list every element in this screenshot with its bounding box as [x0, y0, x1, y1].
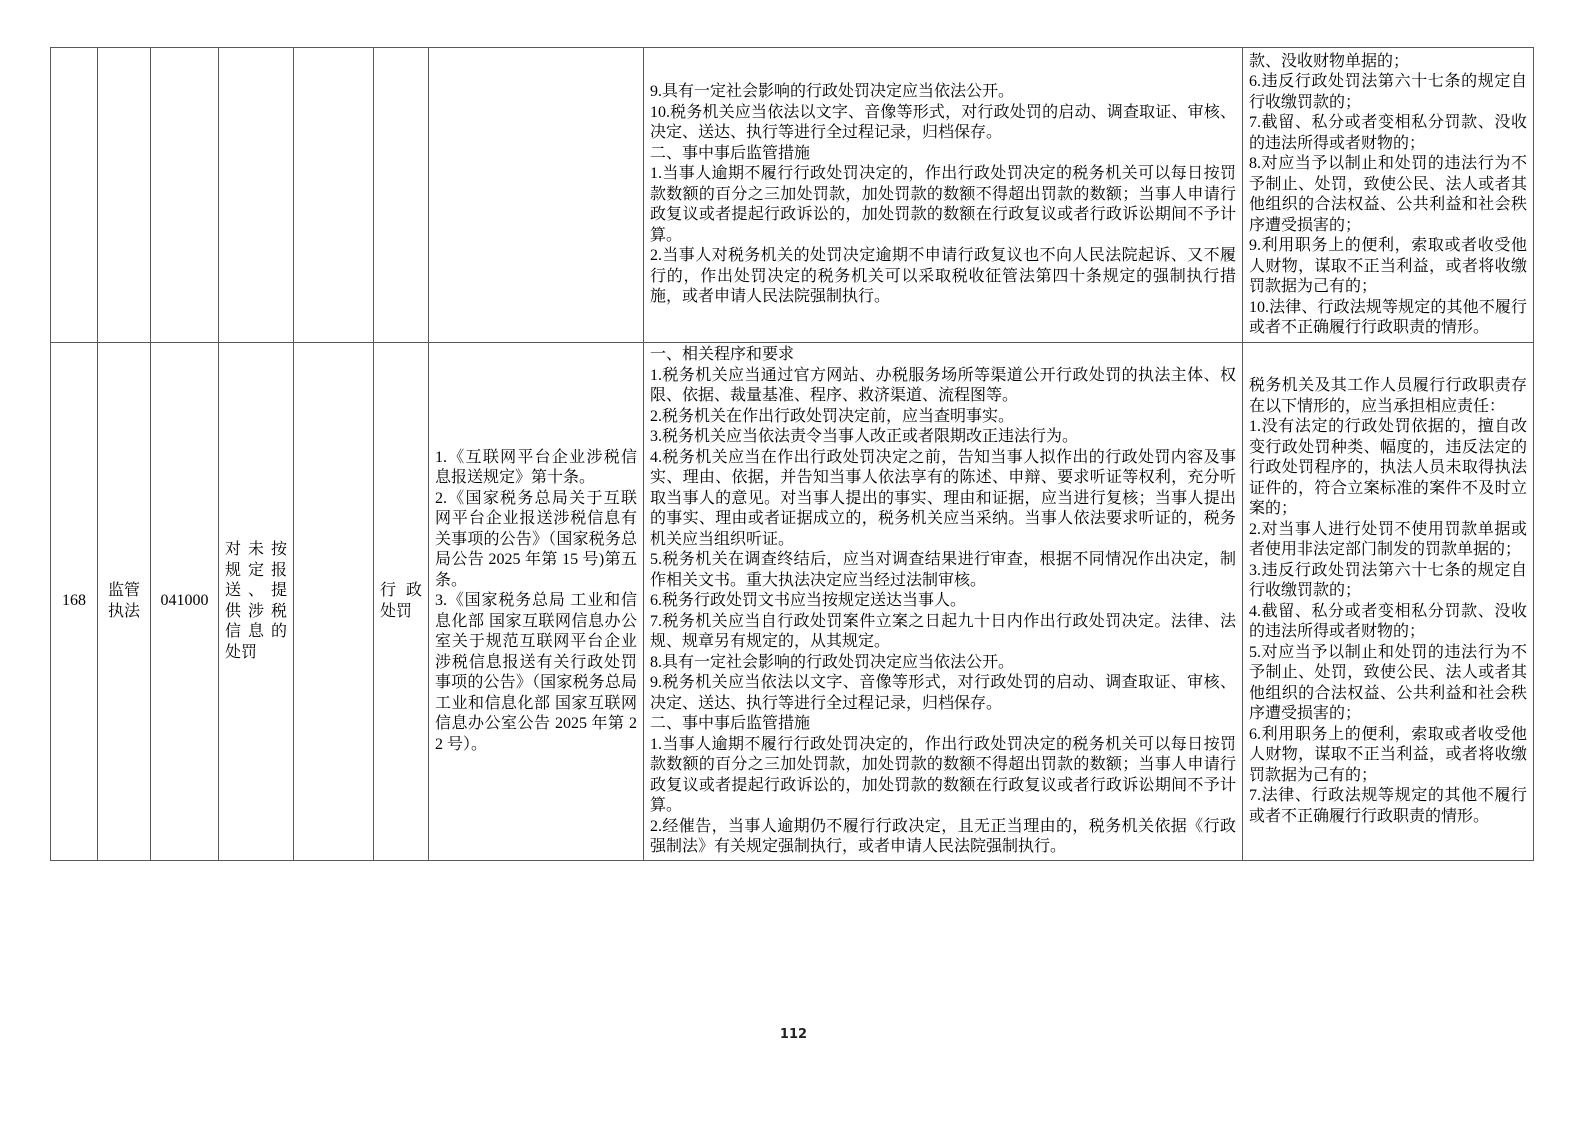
subitem-cell — [294, 343, 374, 861]
procedures-text: 一、相关程序和要求 1.税务机关应当通过官方网站、办税服务场所等渠道公开行政处罚… — [650, 345, 1236, 858]
penalty-type-text: 行政处罚 — [380, 581, 422, 622]
procedures-cell: 一、相关程序和要求 1.税务机关应当通过官方网站、办税服务场所等渠道公开行政处罚… — [644, 343, 1243, 861]
category-text: 监管执法 — [104, 581, 144, 622]
cont-seq-cell — [51, 48, 98, 343]
seq-cell: 168 — [51, 343, 98, 861]
cont-penalty-type-cell — [374, 48, 429, 343]
responsibility-cell: 税务机关及其工作人员履行行政职责存在以下情形的，应当承担相应责任： 1.没有法定… — [1243, 343, 1534, 861]
page-number: 112 — [0, 1027, 1587, 1042]
responsibility-text: 税务机关及其工作人员履行行政职责存在以下情形的，应当承担相应责任： 1.没有法定… — [1249, 376, 1527, 827]
code-cell: 041000 — [151, 343, 219, 861]
row-continuation: 9.具有一定社会影响的行政处罚决定应当依法公开。 10.税务机关应当依法以文字、… — [51, 48, 1534, 343]
cont-category-cell — [98, 48, 151, 343]
cont-procedures-text: 9.具有一定社会影响的行政处罚决定应当依法公开。 10.税务机关应当依法以文字、… — [650, 82, 1236, 308]
legal-basis-text: 1.《互联网平台企业涉税信息报送规定》第十条。 2.《国家税务总局关于互联网平台… — [435, 448, 637, 756]
penalty-matrix-table: 9.具有一定社会影响的行政处罚决定应当依法公开。 10.税务机关应当依法以文字、… — [50, 47, 1534, 861]
item-name-text: 对未按规定报送、提供涉税信息的处罚 — [225, 540, 287, 663]
item-name-cell: 对未按规定报送、提供涉税信息的处罚 — [219, 343, 294, 861]
cont-subitem-cell — [294, 48, 374, 343]
cont-responsibility-cell: 款、没收财物单据的； 6.违反行政处罚法第六十七条的规定自行收缴罚款的； 7.截… — [1243, 48, 1534, 343]
penalty-type-cell: 行政处罚 — [374, 343, 429, 861]
category-cell: 监管执法 — [98, 343, 151, 861]
seq-number: 168 — [57, 591, 91, 612]
cont-code-cell — [151, 48, 219, 343]
cont-item-name-cell — [219, 48, 294, 343]
cont-procedures-cell: 9.具有一定社会影响的行政处罚决定应当依法公开。 10.税务机关应当依法以文字、… — [644, 48, 1243, 343]
row-item-168: 168 监管执法 041000 对未按规定报送、提供涉税信息的处罚 行政处罚 — [51, 343, 1534, 861]
legal-basis-cell: 1.《互联网平台企业涉税信息报送规定》第十条。 2.《国家税务总局关于互联网平台… — [429, 343, 644, 861]
code-text: 041000 — [157, 591, 212, 612]
document-page: 9.具有一定社会影响的行政处罚决定应当依法公开。 10.税务机关应当依法以文字、… — [0, 0, 1587, 1122]
cont-responsibility-text: 款、没收财物单据的； 6.违反行政处罚法第六十七条的规定自行收缴罚款的； 7.截… — [1249, 52, 1527, 339]
cont-legal-basis-cell — [429, 48, 644, 343]
